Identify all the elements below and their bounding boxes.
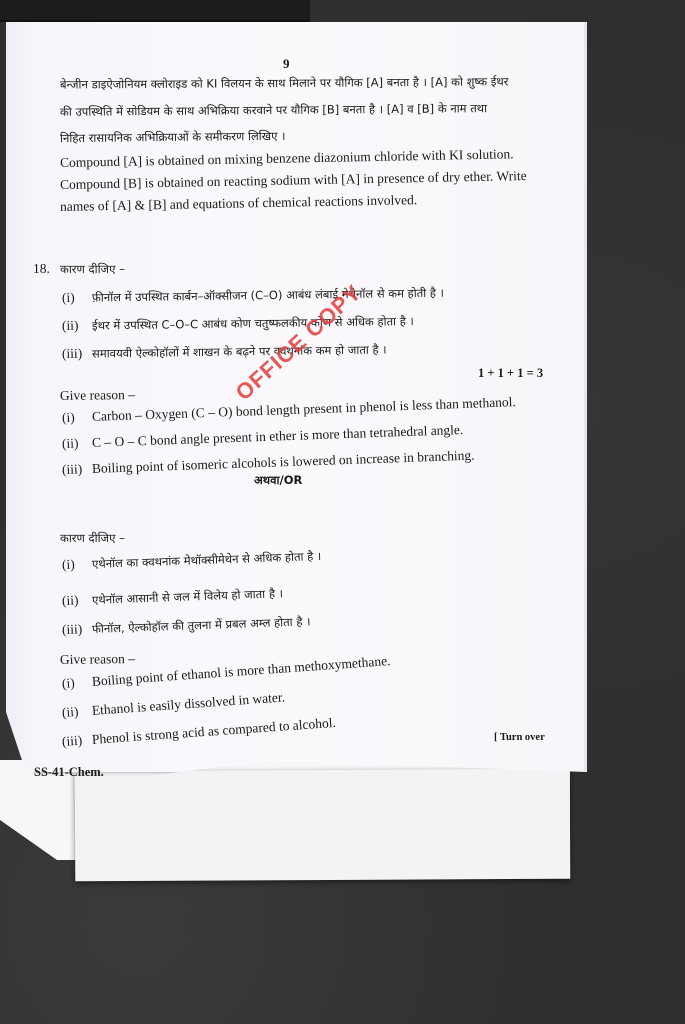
q18-english-item-2: (ii)C – O – C bond angle present in ethe… <box>62 422 464 452</box>
turn-over-label: [ Turn over <box>494 732 545 743</box>
q18-hindi-item-2: (ii)ईथर में उपस्थित C–O–C आबंध कोण चतुष्… <box>62 313 414 334</box>
q17-english-line-1: Compound [A] is obtained on mixing benze… <box>60 146 514 171</box>
q18-hindi-item-1: (i)फ़ीनॉल में उपस्थित कार्बन–ऑक्सीजन (C–… <box>62 285 444 306</box>
page-number: 9 <box>283 56 290 72</box>
or-heading-hindi: कारण दीजिए – <box>60 531 125 546</box>
q18-hindi-item-3: (iii)समावयवी ऐल्कोहॉलों में शाखन के बढ़न… <box>62 341 387 362</box>
q18-number: 18. <box>33 261 50 277</box>
or-hindi-item-3: (iii)फीनॉल, ऐल्कोहॉल की तुलना में प्रबल … <box>62 613 311 638</box>
or-hindi-item-2: (ii)एथेनॉल आसानी से जल में विलेय हो जाता… <box>62 585 283 609</box>
q17-hindi-line-3: निहित रासायनिक अभिक्रियाओं के समीकरण लिख… <box>60 129 286 146</box>
paper-code: SS-41-Chem. <box>34 765 104 780</box>
or-heading-english: Give reason – <box>60 651 135 668</box>
q17-hindi-line-2: की उपस्थिति में सोडियम के साथ अभिक्रिया … <box>60 101 487 120</box>
or-english-item-2: (ii)Ethanol is easily dissolved in water… <box>61 689 285 721</box>
q18-marks: 1 + 1 + 1 = 3 <box>478 366 543 381</box>
or-separator: अथवा/OR <box>254 473 302 488</box>
q17-english-line-3: names of [A] & [B] and equations of chem… <box>60 192 418 215</box>
q18-heading-hindi: कारण दीजिए – <box>60 262 125 277</box>
page-content: 9 बेन्जीन डाइऐजोनियम क्लोराइड को KI विलय… <box>0 0 685 1024</box>
or-english-item-3: (iii)Phenol is strong acid as compared t… <box>61 715 336 750</box>
q18-heading-english: Give reason – <box>60 387 135 404</box>
q17-english-line-2: Compound [B] is obtained on reacting sod… <box>60 168 527 193</box>
or-hindi-item-1: (i)एथेनॉल का क्वथनांक मेथॉक्सीमेथेन से अ… <box>62 548 322 573</box>
q17-hindi-line-1: बेन्जीन डाइऐजोनियम क्लोराइड को KI विलयन … <box>60 74 509 92</box>
